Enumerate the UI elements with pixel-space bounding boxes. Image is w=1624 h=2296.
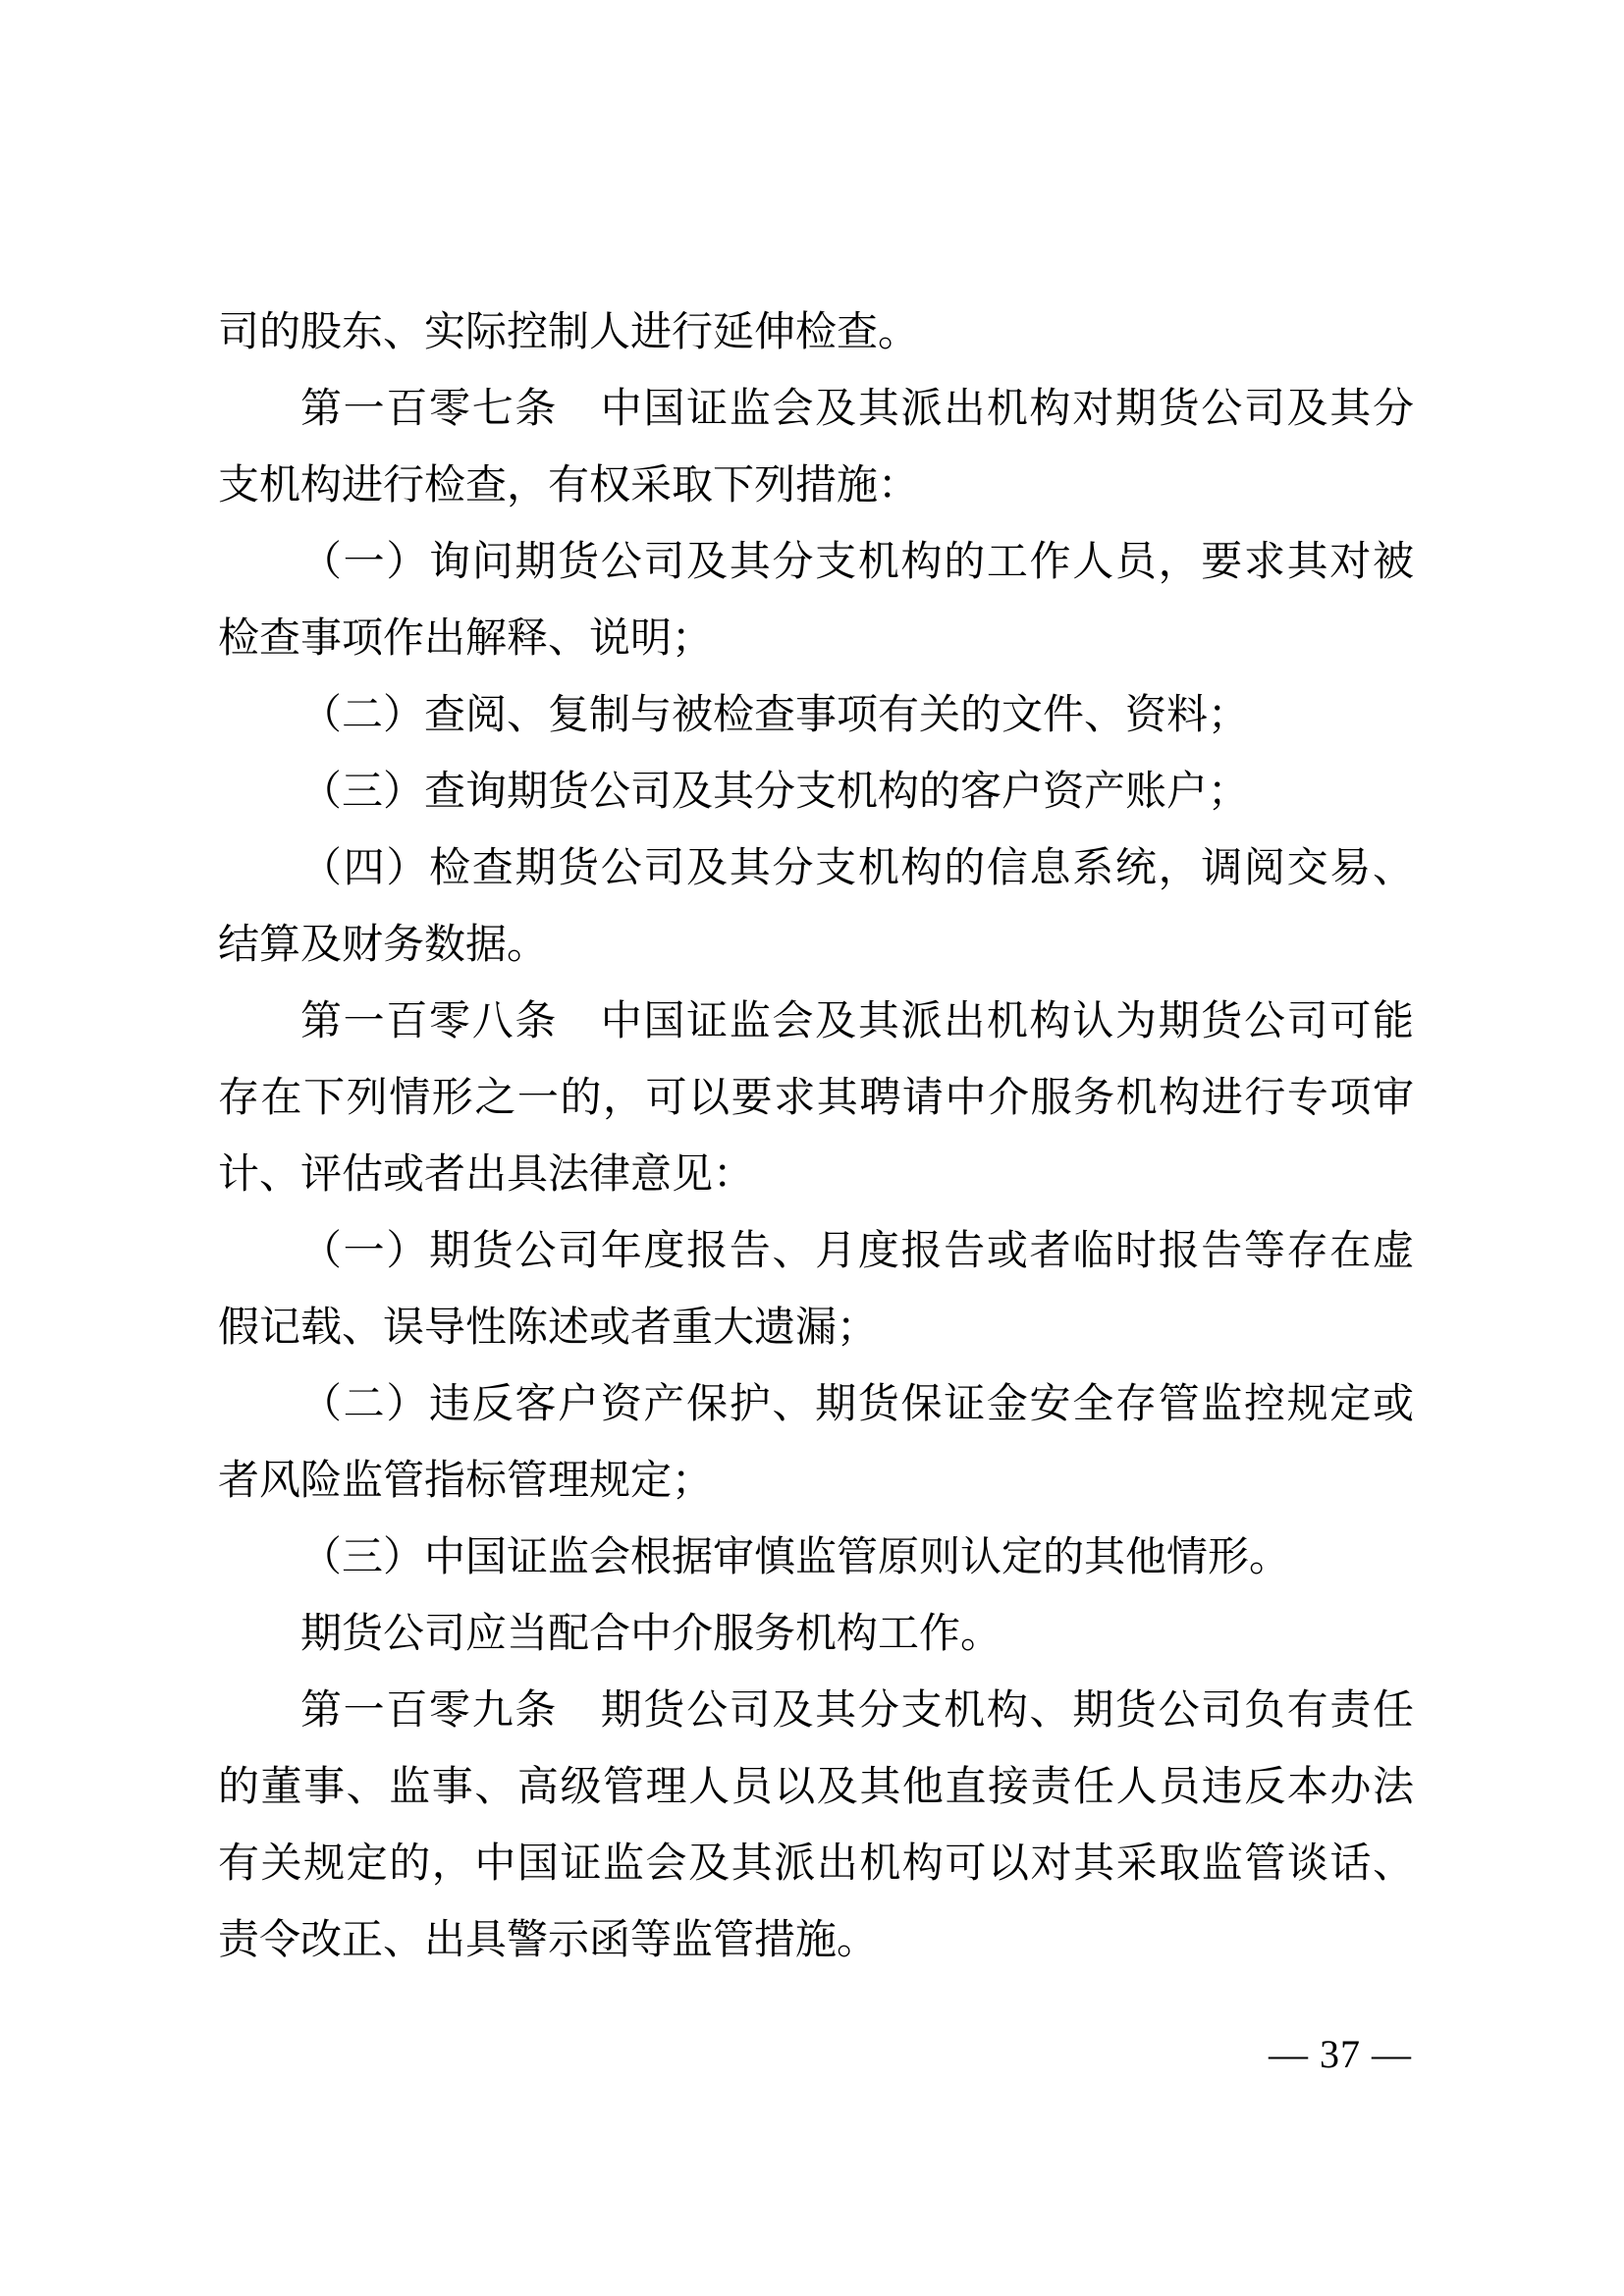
- text-line: 期货公司应当配合中介服务机构工作。: [218, 1596, 1414, 1673]
- text-line: 支机构进行检查，有权采取下列措施：: [218, 448, 1414, 524]
- text-line: （四）检查期货公司及其分支机构的信息系统，调阅交易、: [218, 830, 1414, 907]
- text-line: 结算及财务数据。: [218, 907, 1414, 984]
- text-line: 司的股东、实际控制人进行延伸检查。: [218, 294, 1414, 371]
- text-line: （一）期货公司年度报告、月度报告或者临时报告等存在虚: [218, 1213, 1414, 1290]
- text-line: （二）查阅、复制与被检查事项有关的文件、资料；: [218, 677, 1414, 754]
- text-line: （二）违反客户资产保护、期货保证金安全存管监控规定或: [218, 1366, 1414, 1443]
- text-line: 第一百零九条 期货公司及其分支机构、期货公司负有责任: [218, 1673, 1414, 1749]
- document-body: 司的股东、实际控制人进行延伸检查。 第一百零七条 中国证监会及其派出机构对期货公…: [218, 294, 1414, 1979]
- text-line: （三）查询期货公司及其分支机构的客户资产账户；: [218, 754, 1414, 830]
- text-line: （三）中国证监会根据审慎监管原则认定的其他情形。: [218, 1520, 1414, 1596]
- text-line: 有关规定的，中国证监会及其派出机构可以对其采取监管谈话、: [218, 1826, 1414, 1902]
- document-page: 司的股东、实际控制人进行延伸检查。 第一百零七条 中国证监会及其派出机构对期货公…: [0, 0, 1624, 2296]
- text-line: 第一百零七条 中国证监会及其派出机构对期货公司及其分: [218, 371, 1414, 448]
- text-line: 者风险监管指标管理规定；: [218, 1443, 1414, 1520]
- page-number: — 37 —: [1269, 2032, 1412, 2077]
- text-line: 检查事项作出解释、说明；: [218, 601, 1414, 677]
- text-line: 第一百零八条 中国证监会及其派出机构认为期货公司可能: [218, 984, 1414, 1060]
- text-line: （一）询问期货公司及其分支机构的工作人员，要求其对被: [218, 524, 1414, 601]
- text-line: 假记载、误导性陈述或者重大遗漏；: [218, 1290, 1414, 1366]
- text-line: 存在下列情形之一的，可以要求其聘请中介服务机构进行专项审: [218, 1060, 1414, 1137]
- text-line: 责令改正、出具警示函等监管措施。: [218, 1902, 1414, 1979]
- text-line: 的董事、监事、高级管理人员以及其他直接责任人员违反本办法: [218, 1749, 1414, 1826]
- text-line: 计、评估或者出具法律意见：: [218, 1137, 1414, 1213]
